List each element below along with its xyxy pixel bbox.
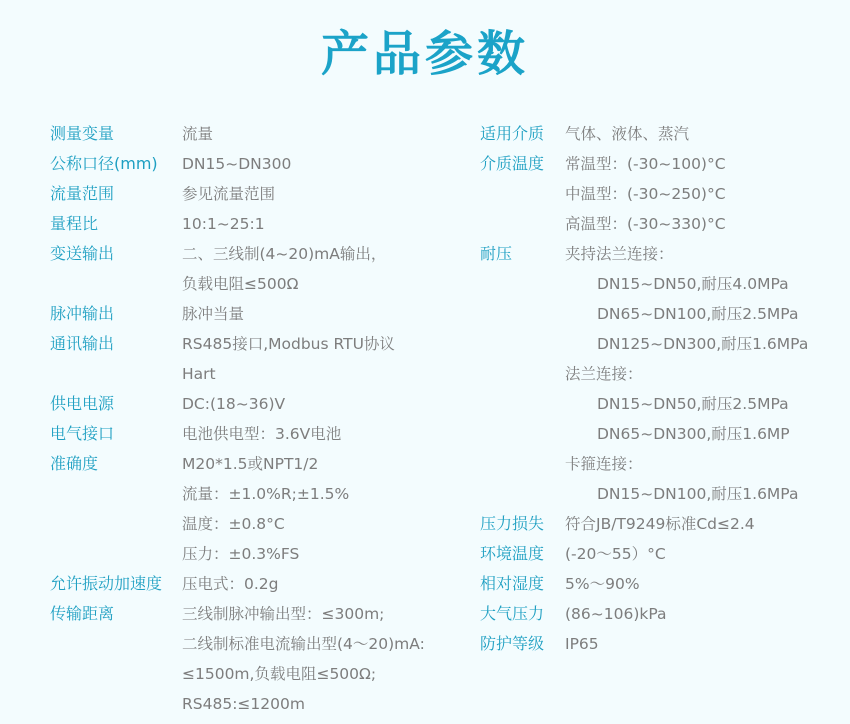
- spec-value: DC:(18~36)V: [182, 389, 460, 419]
- spec-value: 温度：±0.8°C: [182, 509, 460, 539]
- spec-values: 脉冲当量: [182, 299, 460, 329]
- spec-row: 压力损失符合JB/T9249标准Cd≤2.4: [480, 509, 840, 539]
- spec-values: 电池供电型：3.6V电池: [182, 419, 460, 449]
- spec-value: RS485:≤1200m: [182, 689, 460, 719]
- spec-row: 介质温度常温型：(-30~100)°C中温型：(-30~250)°C高温型：(-…: [480, 149, 840, 239]
- spec-value: 5%～90%: [565, 569, 840, 599]
- spec-values: 参见流量范围: [182, 179, 460, 209]
- spec-values: 三线制脉冲输出型：≤300m;二线制标准电流输出型(4～20)mA:≤1500m…: [182, 599, 460, 719]
- spec-label: 适用介质: [480, 119, 565, 149]
- spec-value: 二、三线制(4~20)mA输出，: [182, 239, 460, 269]
- spec-value: 夹持法兰连接：: [565, 239, 840, 269]
- spec-row: 供电电源DC:(18~36)V: [50, 389, 460, 419]
- spec-value: 法兰连接：: [565, 359, 840, 389]
- spec-label: 介质温度: [480, 149, 565, 239]
- spec-value: 负载电阻≤500Ω: [182, 269, 460, 299]
- spec-row: 测量变量流量: [50, 119, 460, 149]
- spec-value: 压电式：0.2g: [182, 569, 460, 599]
- spec-values: 5%～90%: [565, 569, 840, 599]
- spec-values: 压电式：0.2g: [182, 569, 460, 599]
- spec-values: DC:(18~36)V: [182, 389, 460, 419]
- spec-label: 准确度: [50, 449, 182, 569]
- spec-value: DN65~DN300,耐压1.6MP: [565, 419, 840, 449]
- spec-label: 通讯输出: [50, 329, 182, 389]
- spec-row: 耐压夹持法兰连接：DN15~DN50,耐压4.0MPaDN65~DN100,耐压…: [480, 239, 840, 509]
- spec-values: 常温型：(-30~100)°C中温型：(-30~250)°C高温型：(-30~3…: [565, 149, 840, 239]
- spec-values: RS485接口,Modbus RTU协议Hart: [182, 329, 460, 389]
- spec-values: 夹持法兰连接：DN15~DN50,耐压4.0MPaDN65~DN100,耐压2.…: [565, 239, 840, 509]
- spec-label: 传输距离: [50, 599, 182, 719]
- spec-row: 脉冲输出脉冲当量: [50, 299, 460, 329]
- spec-values: DN15~DN300: [182, 149, 460, 179]
- spec-value: 常温型：(-30~100)°C: [565, 149, 840, 179]
- spec-value: 三线制脉冲输出型：≤300m;: [182, 599, 460, 629]
- spec-value: 10:1~25:1: [182, 209, 460, 239]
- spec-row: 环境温度(-20～55）°C: [480, 539, 840, 569]
- spec-value: 气体、液体、蒸汽: [565, 119, 840, 149]
- spec-value: 符合JB/T9249标准Cd≤2.4: [565, 509, 840, 539]
- spec-value: IP65: [565, 629, 840, 659]
- spec-value: (-20～55）°C: [565, 539, 840, 569]
- spec-label: 防护等级: [480, 629, 565, 659]
- spec-value: ≤1500m,负载电阻≤500Ω;: [182, 659, 460, 689]
- spec-label: 测量变量: [50, 119, 182, 149]
- spec-value: (86~106)kPa: [565, 599, 840, 629]
- spec-label: 环境温度: [480, 539, 565, 569]
- spec-values: 符合JB/T9249标准Cd≤2.4: [565, 509, 840, 539]
- spec-label: 公称口径(mm): [50, 149, 182, 179]
- spec-label: 供电电源: [50, 389, 182, 419]
- spec-row: 量程比10:1~25:1: [50, 209, 460, 239]
- spec-row: 准确度M20*1.5或NPT1/2流量：±1.0%R;±1.5%温度：±0.8°…: [50, 449, 460, 569]
- spec-label: 量程比: [50, 209, 182, 239]
- spec-row: 电气接口电池供电型：3.6V电池: [50, 419, 460, 449]
- spec-value: 高温型：(-30~330)°C: [565, 209, 840, 239]
- spec-value: DN125~DN300,耐压1.6MPa: [565, 329, 840, 359]
- spec-value: Hart: [182, 359, 460, 389]
- spec-value: 中温型：(-30~250)°C: [565, 179, 840, 209]
- spec-row: 变送输出二、三线制(4~20)mA输出，负载电阻≤500Ω: [50, 239, 460, 299]
- spec-value: DN15~DN100,耐压1.6MPa: [565, 479, 840, 509]
- spec-row: 防护等级IP65: [480, 629, 840, 659]
- spec-label: 电气接口: [50, 419, 182, 449]
- spec-value: M20*1.5或NPT1/2: [182, 449, 460, 479]
- spec-value: 卡箍连接：: [565, 449, 840, 479]
- spec-label: 耐压: [480, 239, 565, 509]
- spec-row: 公称口径(mm)DN15~DN300: [50, 149, 460, 179]
- spec-values: 二、三线制(4~20)mA输出，负载电阻≤500Ω: [182, 239, 460, 299]
- page-title: 产品参数: [0, 22, 850, 86]
- spec-label: 脉冲输出: [50, 299, 182, 329]
- spec-row: 相对湿度5%～90%: [480, 569, 840, 599]
- spec-value: 参见流量范围: [182, 179, 460, 209]
- spec-column-left: 测量变量流量公称口径(mm)DN15~DN300流量范围参见流量范围量程比10:…: [50, 119, 460, 719]
- spec-value: DN65~DN100,耐压2.5MPa: [565, 299, 840, 329]
- spec-label: 相对湿度: [480, 569, 565, 599]
- spec-values: (-20～55）°C: [565, 539, 840, 569]
- spec-row: 适用介质气体、液体、蒸汽: [480, 119, 840, 149]
- spec-label: 压力损失: [480, 509, 565, 539]
- spec-row: 流量范围参见流量范围: [50, 179, 460, 209]
- spec-row: 大气压力(86~106)kPa: [480, 599, 840, 629]
- spec-values: 气体、液体、蒸汽: [565, 119, 840, 149]
- spec-value: 流量: [182, 119, 460, 149]
- spec-row: 通讯输出RS485接口,Modbus RTU协议Hart: [50, 329, 460, 389]
- spec-value: DN15~DN50,耐压2.5MPa: [565, 389, 840, 419]
- spec-label: 允许振动加速度: [50, 569, 182, 599]
- spec-value: 脉冲当量: [182, 299, 460, 329]
- spec-values: (86~106)kPa: [565, 599, 840, 629]
- spec-label: 流量范围: [50, 179, 182, 209]
- spec-value: 电池供电型：3.6V电池: [182, 419, 460, 449]
- spec-row: 传输距离三线制脉冲输出型：≤300m;二线制标准电流输出型(4～20)mA:≤1…: [50, 599, 460, 719]
- spec-values: 10:1~25:1: [182, 209, 460, 239]
- spec-column-right: 适用介质气体、液体、蒸汽介质温度常温型：(-30~100)°C中温型：(-30~…: [480, 119, 840, 659]
- spec-label: 变送输出: [50, 239, 182, 299]
- spec-value: DN15~DN50,耐压4.0MPa: [565, 269, 840, 299]
- spec-value: RS485接口,Modbus RTU协议: [182, 329, 460, 359]
- spec-value: 流量：±1.0%R;±1.5%: [182, 479, 460, 509]
- spec-value: 二线制标准电流输出型(4～20)mA:: [182, 629, 460, 659]
- spec-value: DN15~DN300: [182, 149, 460, 179]
- spec-values: 流量: [182, 119, 460, 149]
- spec-values: M20*1.5或NPT1/2流量：±1.0%R;±1.5%温度：±0.8°C压力…: [182, 449, 460, 569]
- spec-value: 压力：±0.3%FS: [182, 539, 460, 569]
- spec-row: 允许振动加速度压电式：0.2g: [50, 569, 460, 599]
- spec-values: IP65: [565, 629, 840, 659]
- spec-label: 大气压力: [480, 599, 565, 629]
